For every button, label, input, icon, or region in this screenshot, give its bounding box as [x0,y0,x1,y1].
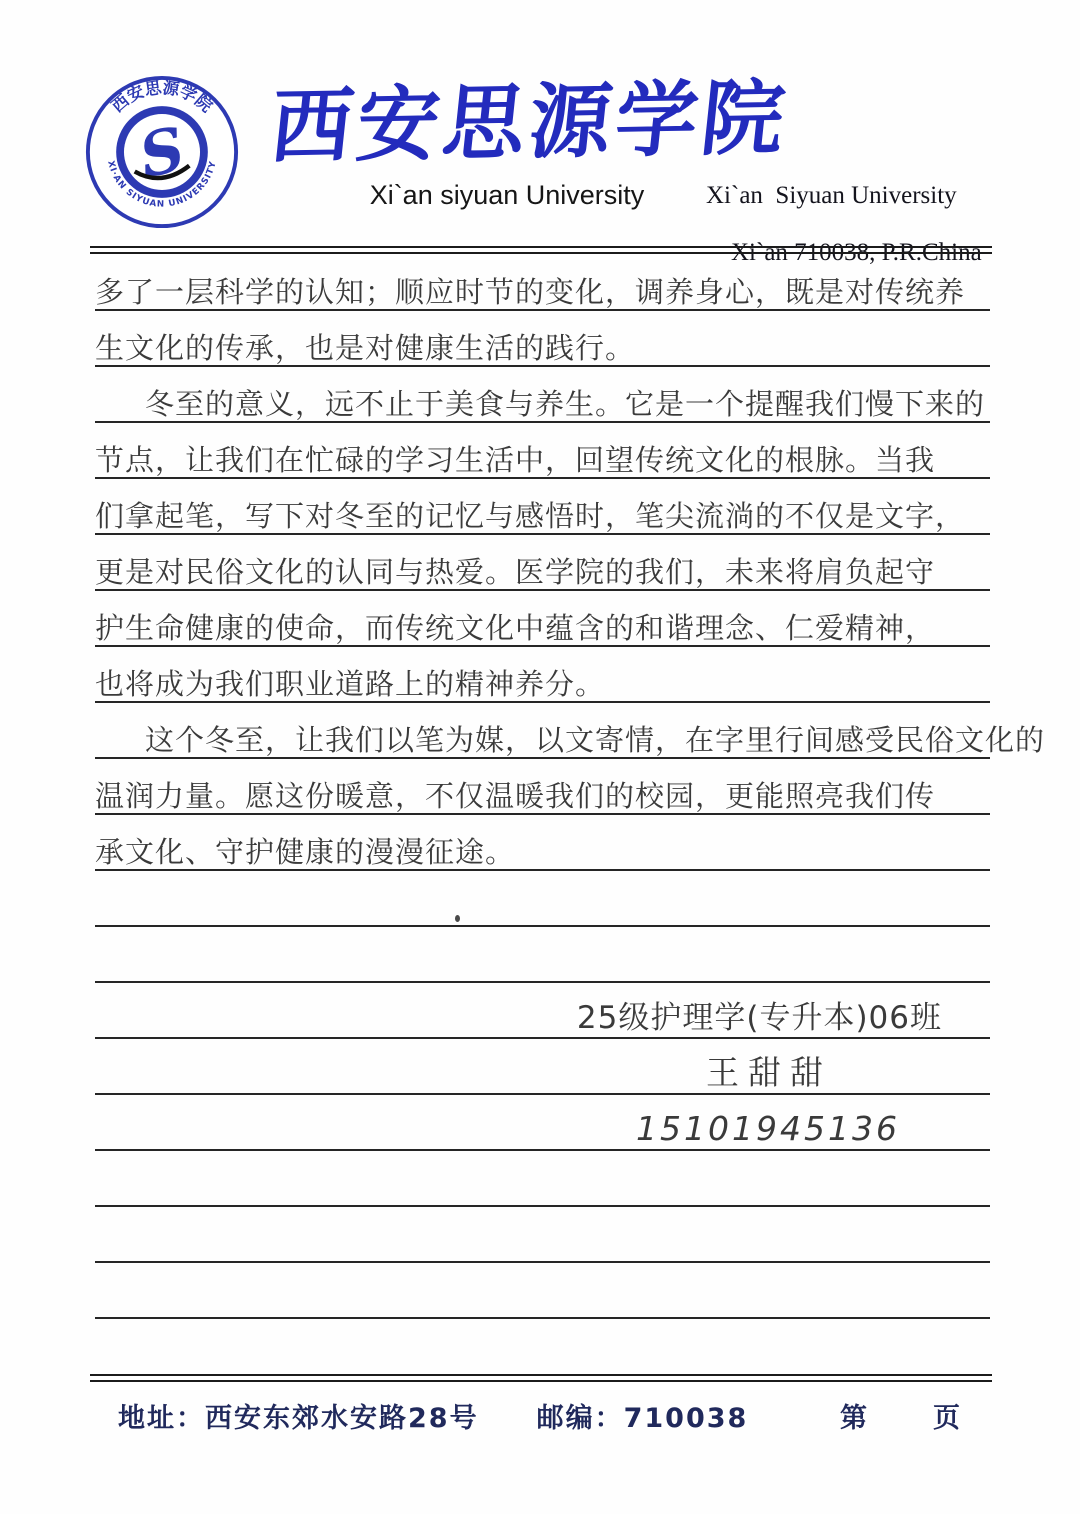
ruled-line: 15101945136 [95,1095,990,1151]
handwritten-text: 护生命健康的使命，而传统文化中蕴含的和谐理念、仁爱精神， [95,613,935,645]
handwritten-text: 温润力量。愿这份暖意，不仅温暖我们的校园，更能照亮我们传 [95,781,935,813]
ruled-line: 节点，让我们在忙碌的学习生活中，回望传统文化的根脉。当我 [95,423,990,479]
ruled-line: 多了一层科学的认知；顺应时节的变化，调养身心，既是对传统养 [95,255,990,311]
handwritten-text: 冬至的意义，远不止于美食与养生。它是一个提醒我们慢下来的 [95,389,985,421]
signature-name: 王甜甜 [706,1056,832,1093]
ruled-line: 温润力量。愿这份暖意，不仅温暖我们的校园，更能照亮我们传 [95,759,990,815]
ruled-line: 护生命健康的使命，而传统文化中蕴含的和谐理念、仁爱精神， [95,591,990,647]
ink-dot [455,915,460,922]
signature-class: 25级护理学(专升本)06班 [577,1002,942,1037]
handwriting-area: 多了一层科学的认知；顺应时节的变化，调养身心，既是对传统养 生文化的传承，也是对… [95,252,990,1319]
footer: 地址：西安东郊水安路28号 邮编：710038 第页 [95,1396,990,1435]
handwritten-text: 生文化的传承，也是对健康生活的践行。 [95,333,635,365]
handwritten-text: 也将成为我们职业道路上的精神养分。 [95,669,605,701]
ruled-line: 生文化的传承，也是对健康生活的践行。 [95,311,990,367]
ruled-line: 们拿起笔，写下对冬至的记忆与感悟时，笔尖流淌的不仅是文字， [95,479,990,535]
letter-page: 西安思源学院 XI·AN SIYUAN UNIVERSITY S 西安思源学院 … [0,0,1080,1514]
ruled-line-empty [95,927,990,983]
signature-phone: 15101945136 [636,1112,900,1149]
handwritten-text: 承文化、守护健康的漫漫征途。 [95,837,515,869]
ruled-line: 更是对民俗文化的认同与热爱。医学院的我们，未来将肩负起守 [95,535,990,591]
ruled-line: 也将成为我们职业道路上的精神养分。 [95,647,990,703]
university-name-english: Xi`an siyuan University [272,180,742,211]
calligraphy-title: 西安思源学院 [265,54,748,179]
ruled-line: 王甜甜 [95,1039,990,1095]
footer-address: 地址：西安东郊水安路28号 [95,1396,479,1435]
handwritten-text: 多了一层科学的认知；顺应时节的变化，调养身心，既是对传统养 [95,277,965,309]
handwritten-text: 这个冬至，让我们以笔为媒，以文寄情，在字里行间感受民俗文化的 [95,725,1045,757]
ruled-line-empty [95,1263,990,1319]
footer-double-rule [90,1374,992,1382]
handwritten-text: 们拿起笔，写下对冬至的记忆与感悟时，笔尖流淌的不仅是文字， [95,501,965,533]
ruled-line: 这个冬至，让我们以笔为媒，以文寄情，在字里行间感受民俗文化的 [95,703,990,759]
footer-page-number: 第页 [840,1396,962,1435]
ruled-line-empty [95,1151,990,1207]
university-logo: 西安思源学院 XI·AN SIYUAN UNIVERSITY S [84,74,240,230]
address-en-line1: Xi`an Siyuan University [706,182,957,209]
ruled-line: 冬至的意义，远不止于美食与养生。它是一个提醒我们慢下来的 [95,367,990,423]
footer-zipcode: 邮编：710038 [537,1396,749,1435]
handwritten-text: 更是对民俗文化的认同与热爱。医学院的我们，未来将肩负起守 [95,557,935,589]
handwritten-text: 节点，让我们在忙碌的学习生活中，回望传统文化的根脉。当我 [95,445,935,477]
ruled-line-empty [95,1207,990,1263]
ruled-line: 25级护理学(专升本)06班 [95,983,990,1039]
ruled-line: 承文化、守护健康的漫漫征途。 [95,815,990,871]
ruled-line-empty [95,871,990,927]
